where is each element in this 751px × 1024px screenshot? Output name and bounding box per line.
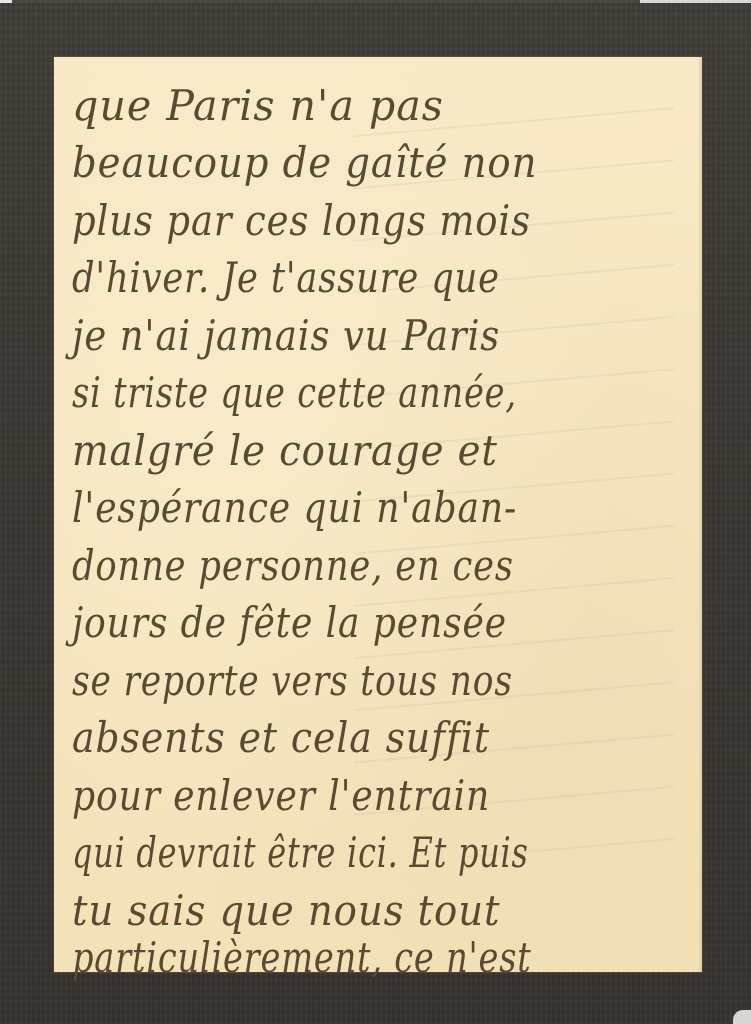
text-line: d'hiver. Je t'assure que — [72, 257, 500, 299]
text-line: malgré le courage et — [72, 430, 498, 472]
text-line: jours de fête la pensée — [72, 602, 507, 644]
letter-page: que Paris n'a pas beaucoup de gaîté non … — [54, 57, 702, 972]
text-line: si triste que cette année, — [72, 372, 517, 414]
text-line: absents et cela suffit — [72, 717, 490, 759]
text-line: se reporte vers tous nos — [72, 660, 513, 702]
text-line: tu sais que nous tout — [72, 890, 500, 932]
handwritten-text: que Paris n'a pas beaucoup de gaîté non … — [54, 57, 702, 972]
text-line: pour enlever l'entrain — [72, 775, 490, 817]
text-line: l'espérance qui n'aban- — [72, 487, 517, 529]
scan-corner — [733, 1010, 751, 1024]
text-line: plus par ces longs mois — [72, 200, 531, 242]
text-line: je n'ai jamais vu Paris — [72, 315, 500, 357]
scan-edge — [0, 0, 751, 3]
text-line: que Paris n'a pas — [72, 85, 444, 127]
text-line: particulièrement, ce n'est — [72, 937, 532, 979]
text-line: beaucoup de gaîté non — [72, 142, 537, 184]
text-line: qui devrait être ici. Et puis — [72, 832, 529, 874]
text-line: donne personne, en ces — [72, 545, 514, 587]
